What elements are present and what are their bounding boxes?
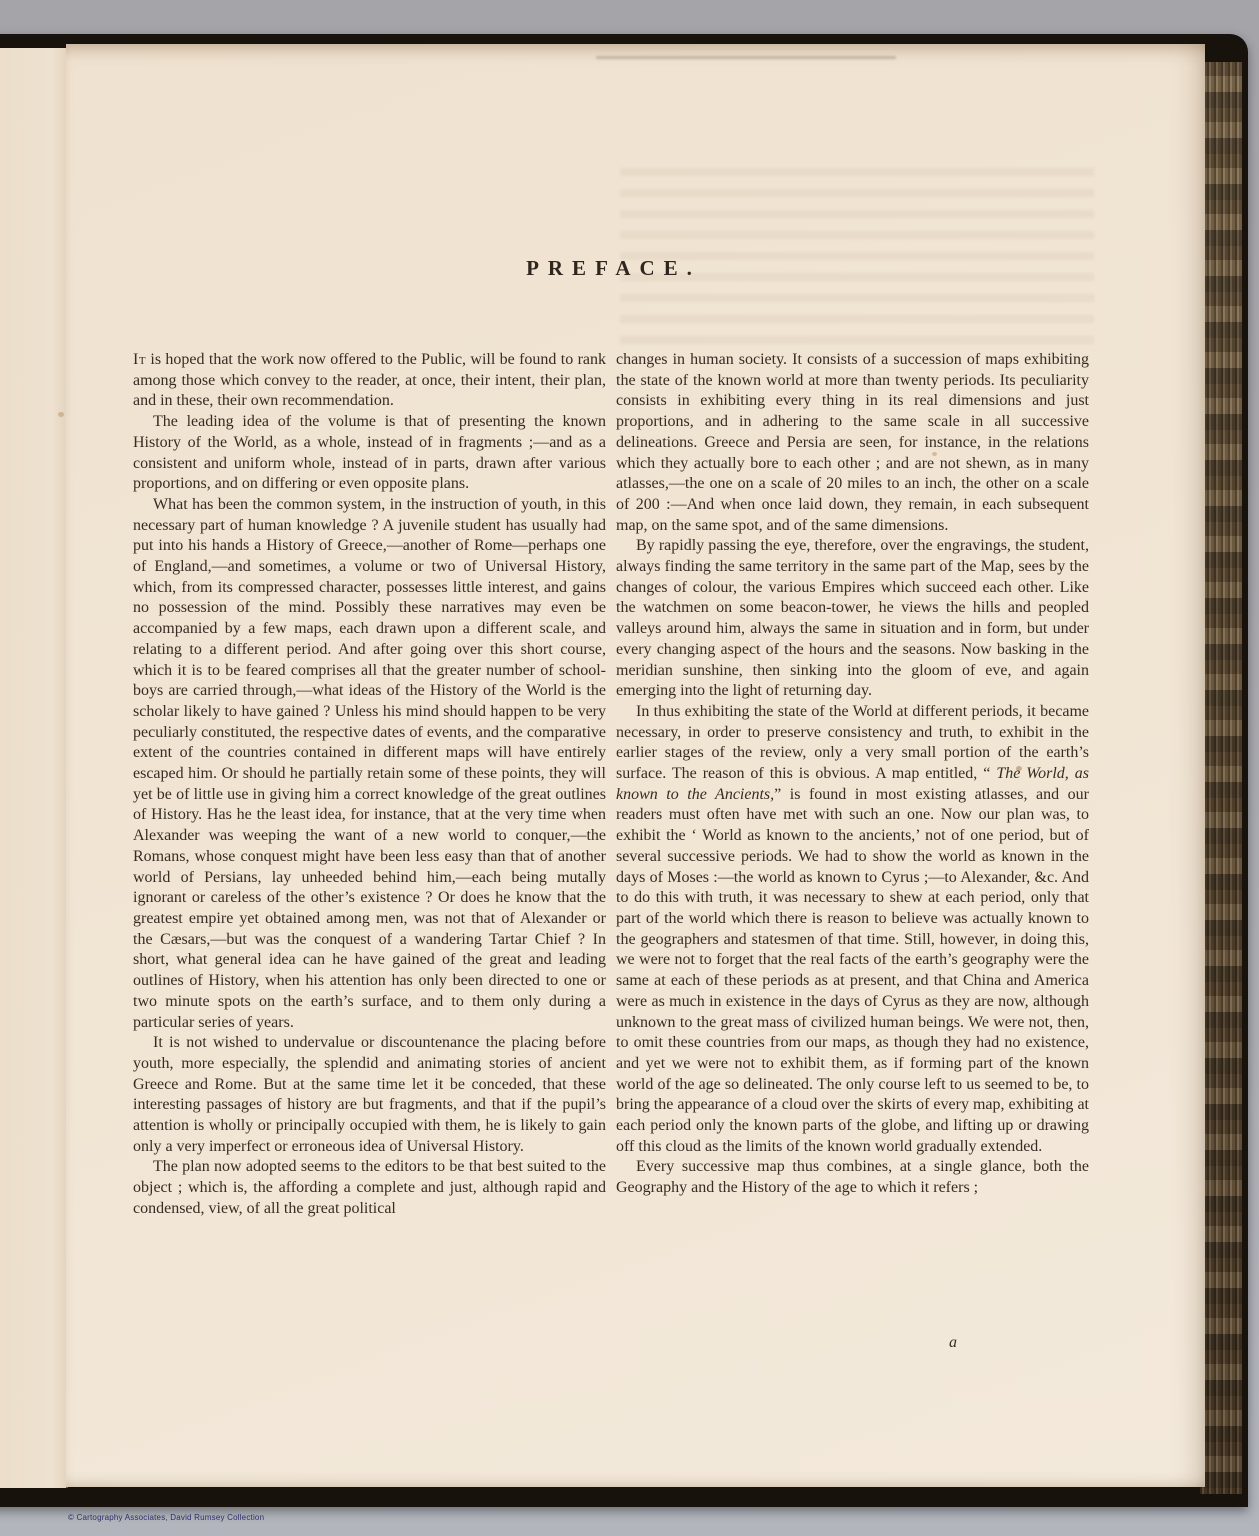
underlying-page-edge [0, 48, 68, 1488]
paragraph: The leading idea of the volume is that o… [133, 412, 606, 495]
paragraph: What has been the common system, in the … [133, 495, 606, 1033]
paragraph: By rapidly passing the eye, therefore, o… [616, 536, 1089, 702]
text-segment: It is not wished to undervalue or discou… [133, 1034, 606, 1155]
paragraph: changes in human society. It consists of… [616, 350, 1089, 536]
paper-stain [596, 56, 896, 59]
copyright-credit: © Cartography Associates, David Rumsey C… [68, 1513, 264, 1522]
paragraph: Every successive map thus combines, at a… [616, 1157, 1089, 1198]
text-segment: changes in human society. It consists of… [616, 351, 1089, 534]
text-segment: ” is found in most existing atlasses, an… [616, 786, 1089, 1155]
text-segment: The plan now adopted seems to the editor… [133, 1158, 606, 1216]
page-title: PREFACE. [133, 256, 1085, 281]
book-page: PREFACE. It is hoped that the work now o… [66, 44, 1205, 1487]
page-fore-edges [1200, 62, 1242, 1494]
text-segment: What has been the common system, in the … [133, 496, 606, 1031]
scan-background: PREFACE. It is hoped that the work now o… [0, 0, 1259, 1536]
column-left: It is hoped that the work now offered to… [133, 350, 606, 1220]
paragraph: It is hoped that the work now offered to… [133, 350, 606, 412]
text-segment: By rapidly passing the eye, therefore, o… [616, 537, 1089, 699]
text-segment: The leading idea of the volume is that o… [133, 413, 606, 492]
paragraph: It is not wished to undervalue or discou… [133, 1033, 606, 1157]
text-segment: is hoped that the work now offered to th… [133, 351, 606, 409]
text-segment: It [133, 351, 146, 368]
text-columns: It is hoped that the work now offered to… [133, 350, 1089, 1220]
paragraph: The plan now adopted seems to the editor… [133, 1157, 606, 1219]
column-right: changes in human society. It consists of… [616, 350, 1089, 1220]
signature-mark: a [938, 1334, 968, 1352]
paragraph: In thus exhibiting the state of the Worl… [616, 702, 1089, 1157]
text-segment: Every successive map thus combines, at a… [616, 1158, 1089, 1196]
foxing-spot [58, 412, 64, 417]
